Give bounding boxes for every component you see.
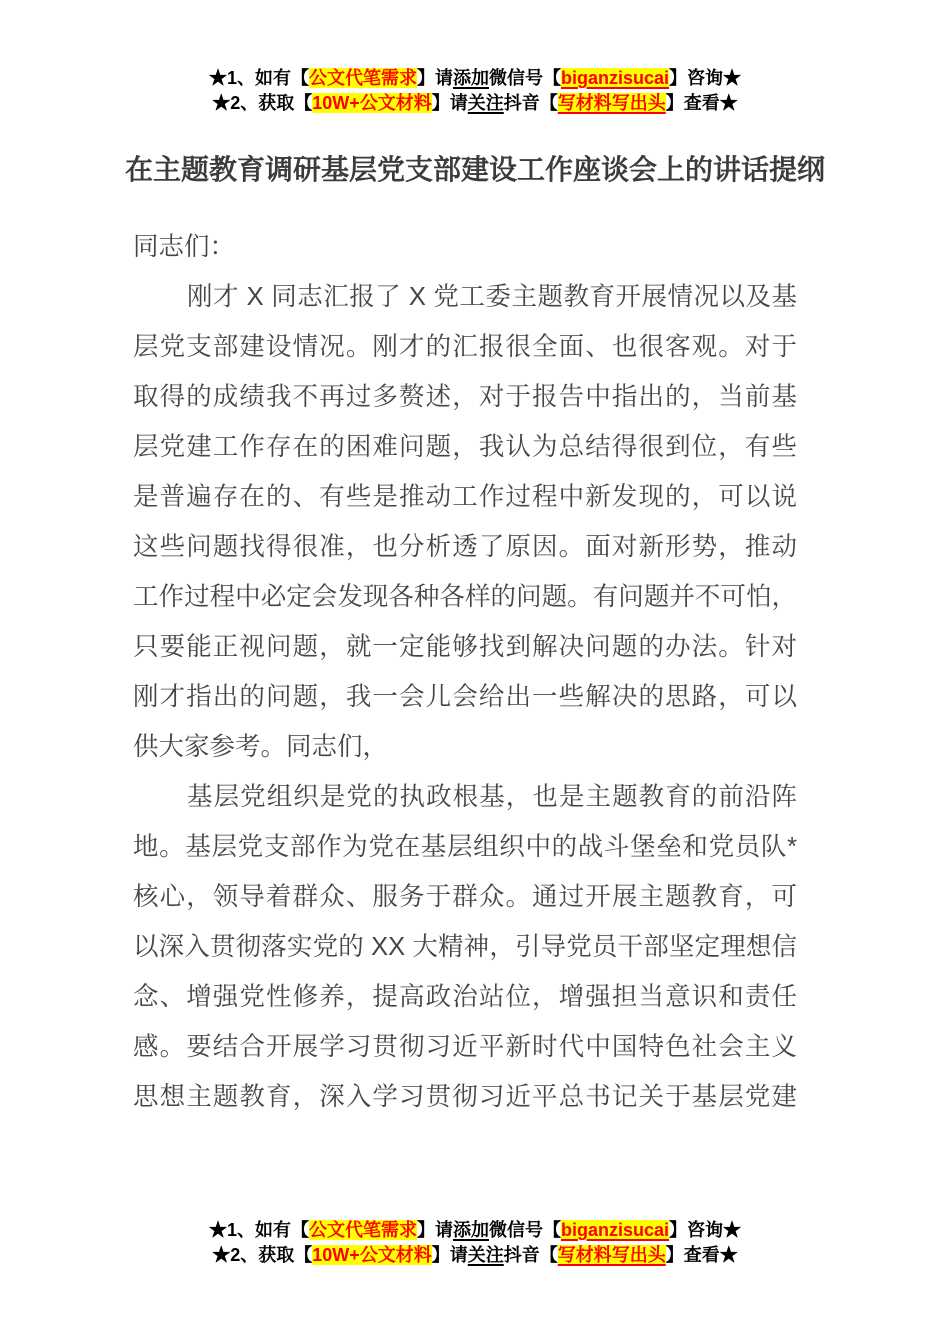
- banner-text: ★1、如有【: [209, 68, 309, 88]
- footer-banner: ★1、如有【公文代笔需求】请添加微信号【biganzisucai】咨询★★2、获…: [0, 1218, 950, 1268]
- underlined-text: 关注: [468, 93, 504, 113]
- body-line: 基层党组织是党的执政根基，也是主题教育的前沿阵: [133, 772, 797, 822]
- highlighted-underlined-keyword: biganzisucai: [561, 1220, 669, 1240]
- underlined-text: 添加: [453, 1220, 489, 1240]
- underlined-text: 添加: [453, 68, 489, 88]
- banner-text: 】请: [432, 93, 468, 113]
- banner-text: 抖音【: [504, 93, 558, 113]
- body-paragraph: 基层党组织是党的执政根基，也是主题教育的前沿阵地。基层党支部作为党在基层组织中的…: [133, 772, 797, 1122]
- body-line: 以深入贯彻落实党的 XX 大精神，引导党员干部坚定理想信: [133, 922, 797, 972]
- banner-text: 】查看★: [666, 1245, 738, 1265]
- document-title: 在主题教育调研基层党支部建设工作座谈会上的讲话提纲: [0, 152, 950, 188]
- header-banner: ★1、如有【公文代笔需求】请添加微信号【biganzisucai】咨询★★2、获…: [0, 66, 950, 116]
- body-line: 是普遍存在的、有些是推动工作过程中新发现的，可以说: [133, 472, 797, 522]
- document-page: { "banner": { "lines": [ { "segments": […: [0, 0, 950, 1344]
- banner-text: ★2、获取【: [212, 93, 312, 113]
- body-line: 刚才指出的问题，我一会儿会给出一些解决的思路，可以: [133, 672, 797, 722]
- highlighted-keyword: 10W+公文材料: [312, 93, 432, 113]
- body-line: 地。基层党支部作为党在基层组织中的战斗堡垒和党员队*: [133, 822, 797, 872]
- banner-text: 】请: [432, 1245, 468, 1265]
- banner-text: 微信号【: [489, 1220, 561, 1240]
- highlighted-keyword: 公文代笔需求: [309, 68, 417, 88]
- highlighted-keyword: 公文代笔需求: [309, 1220, 417, 1240]
- banner-line: ★2、获取【10W+公文材料】请关注抖音【写材料写出头】查看★: [0, 91, 950, 116]
- banner-text: ★2、获取【: [212, 1245, 312, 1265]
- body-line: 工作过程中必定会发现各种各样的问题。有问题并不可怕，: [133, 572, 797, 622]
- highlighted-keyword: 10W+公文材料: [312, 1245, 432, 1265]
- body-line: 层党支部建设情况。刚才的汇报很全面、也很客观。对于: [133, 322, 797, 372]
- body-line: 核心，领导着群众、服务于群众。通过开展主题教育，可: [133, 872, 797, 922]
- banner-text: 】咨询★: [669, 68, 741, 88]
- body-line: 念、增强党性修养，提高政治站位，增强担当意识和责任: [133, 972, 797, 1022]
- banner-text: 】请: [417, 1220, 453, 1240]
- banner-text: 】查看★: [666, 93, 738, 113]
- document-body: 同志们：刚才 X 同志汇报了 X 党工委主题教育开展情况以及基层党支部建设情况。…: [133, 222, 797, 1122]
- body-line: 层党建工作存在的困难问题，我认为总结得很到位，有些: [133, 422, 797, 472]
- body-line: 取得的成绩我不再过多赘述，对于报告中指出的，当前基: [133, 372, 797, 422]
- highlighted-underlined-keyword: 写材料写出头: [558, 93, 666, 113]
- body-line: 同志们：: [133, 222, 797, 272]
- banner-text: 抖音【: [504, 1245, 558, 1265]
- body-paragraph: 同志们：: [133, 222, 797, 272]
- highlighted-underlined-keyword: biganzisucai: [561, 68, 669, 88]
- banner-text: 】咨询★: [669, 1220, 741, 1240]
- banner-text: 】请: [417, 68, 453, 88]
- body-line: 思想主题教育，深入学习贯彻习近平总书记关于基层党建: [133, 1072, 797, 1122]
- body-line: 供大家参考。同志们，: [133, 722, 797, 772]
- banner-line: ★2、获取【10W+公文材料】请关注抖音【写材料写出头】查看★: [0, 1243, 950, 1268]
- body-line: 这些问题找得很准，也分析透了原因。面对新形势，推动: [133, 522, 797, 572]
- body-line: 感。要结合开展学习贯彻习近平新时代中国特色社会主义: [133, 1022, 797, 1072]
- body-paragraph: 刚才 X 同志汇报了 X 党工委主题教育开展情况以及基层党支部建设情况。刚才的汇…: [133, 272, 797, 772]
- body-line: 刚才 X 同志汇报了 X 党工委主题教育开展情况以及基: [133, 272, 797, 322]
- highlighted-underlined-keyword: 写材料写出头: [558, 1245, 666, 1265]
- banner-line: ★1、如有【公文代笔需求】请添加微信号【biganzisucai】咨询★: [0, 1218, 950, 1243]
- banner-text: ★1、如有【: [209, 1220, 309, 1240]
- banner-line: ★1、如有【公文代笔需求】请添加微信号【biganzisucai】咨询★: [0, 66, 950, 91]
- underlined-text: 关注: [468, 1245, 504, 1265]
- body-line: 只要能正视问题，就一定能够找到解决问题的办法。针对: [133, 622, 797, 672]
- banner-text: 微信号【: [489, 68, 561, 88]
